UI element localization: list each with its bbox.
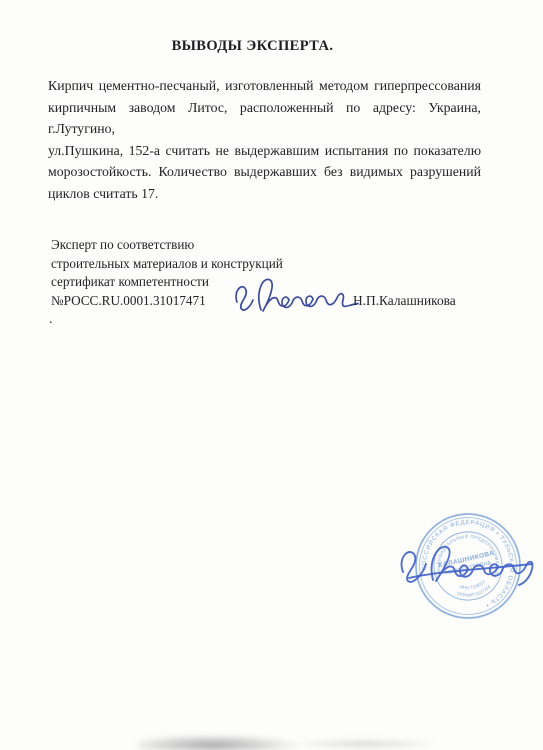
scan-shadow-smudge <box>138 734 303 750</box>
paragraph-line: Кирпич цементно-песчаный, изготовленный … <box>48 75 481 97</box>
signature-stroke <box>259 279 358 311</box>
scanned-document-page: ВЫВОДЫ ЭКСПЕРТА. Кирпич цементно-песчаны… <box>0 0 543 750</box>
paragraph-line: ул.Пушкина, 152-а считать не выдержавшим… <box>48 140 481 162</box>
signature-stroke <box>236 287 253 310</box>
stray-period: . <box>49 312 53 328</box>
scan-shadow-smudge <box>285 738 445 750</box>
paragraph-line: циклов считать 17. <box>48 183 481 205</box>
document-title: ВЫВОДЫ ЭКСПЕРТА. <box>0 38 505 55</box>
handwritten-signature <box>227 270 359 320</box>
conclusion-paragraph: Кирпич цементно-песчаный, изготовленный … <box>48 75 481 204</box>
expert-role-line: Эксперт по соответствию <box>51 236 283 255</box>
paragraph-line: морозостойкость. Количество выдержавших … <box>48 161 481 183</box>
stamp-overlay-signature <box>391 538 538 590</box>
expert-typed-name: Н.П.Калашникова <box>353 293 456 309</box>
signature-underline-stroke <box>409 564 532 578</box>
paragraph-line: кирпичным заводом Литос, расположенный п… <box>48 97 481 140</box>
